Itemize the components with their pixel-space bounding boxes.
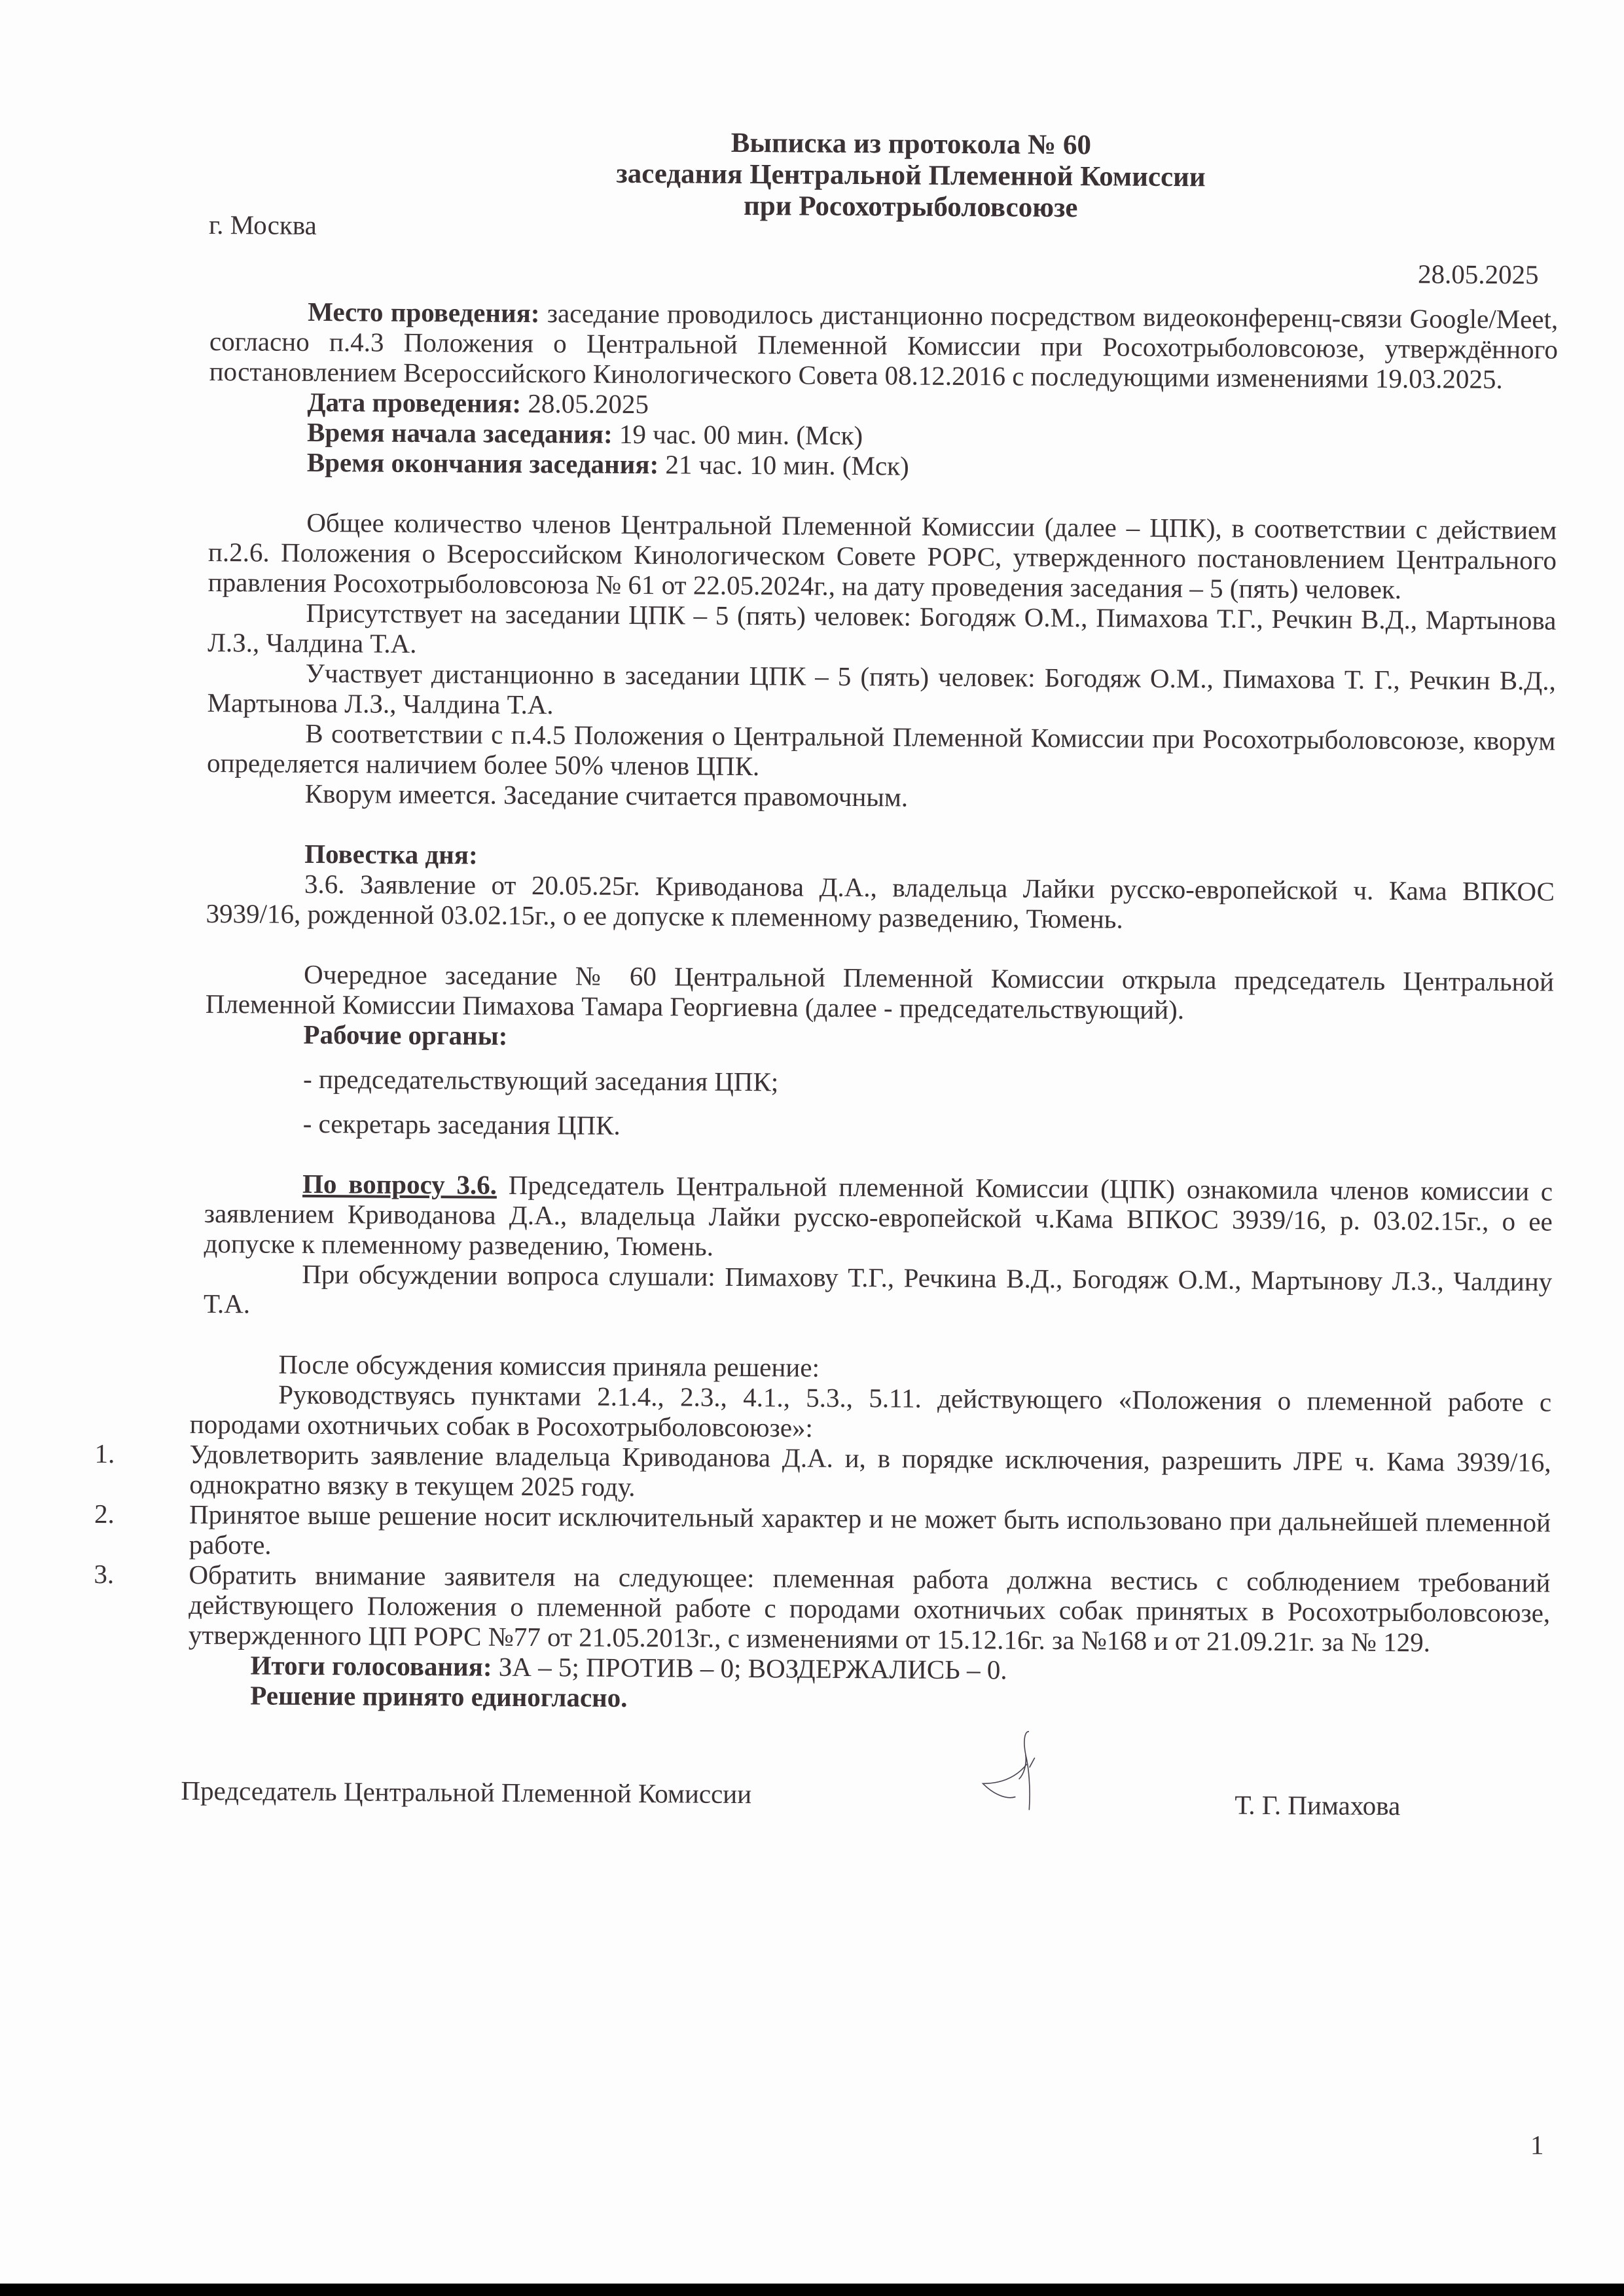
page-number: 1 <box>1530 2129 1544 2160</box>
signatory-position: Председатель Центральной Племенной Комис… <box>181 1776 751 1809</box>
signatory-name: Т. Г. Пимахова <box>1235 1790 1400 1821</box>
attendance-present: Присутствует на заседании ЦПК – 5 (пять)… <box>208 597 1557 666</box>
attendance-total: Общее количество членов Центральной Плем… <box>208 507 1557 606</box>
decision-item-1: 1.Удовлетворить заявление владельца Крив… <box>189 1439 1551 1508</box>
opening-text: Очередное заседание № 60 Центральной Пле… <box>206 958 1555 1027</box>
decision-basis: Руководствуясь пунктами 2.1.4., 2.3., 4.… <box>190 1379 1552 1448</box>
decision-item-2: 2.Принятое выше решение носит исключител… <box>189 1499 1551 1568</box>
document-page: Выписка из протокола № 60 заседания Цент… <box>0 0 1624 2284</box>
handwritten-signature-icon <box>966 1728 1052 1813</box>
attendance-remote: Участвует дистанционно в заседании ЦПК –… <box>207 657 1556 726</box>
question-heard: При обсуждении вопроса слушали: Пимахову… <box>204 1258 1553 1327</box>
quorum-rule: В соответствии с п.4.5 Положения о Центр… <box>207 718 1556 786</box>
decision-item-3: 3.Обратить внимание заявителя на следующ… <box>189 1559 1551 1658</box>
scan-border <box>0 2284 1624 2296</box>
question-text: По вопросу 3.6. Председатель Центральной… <box>204 1168 1553 1267</box>
document-content: Выписка из протокола № 60 заседания Цент… <box>200 124 1559 1836</box>
agenda-item: 3.6. Заявление от 20.05.25г. Криводанова… <box>206 868 1555 937</box>
decision-list: 1.Удовлетворить заявление владельца Крив… <box>189 1439 1551 1658</box>
signature-block: Председатель Центральной Племенной Комис… <box>200 1749 1549 1836</box>
meeting-place: Место проведения: заседание проводилось … <box>209 296 1559 395</box>
